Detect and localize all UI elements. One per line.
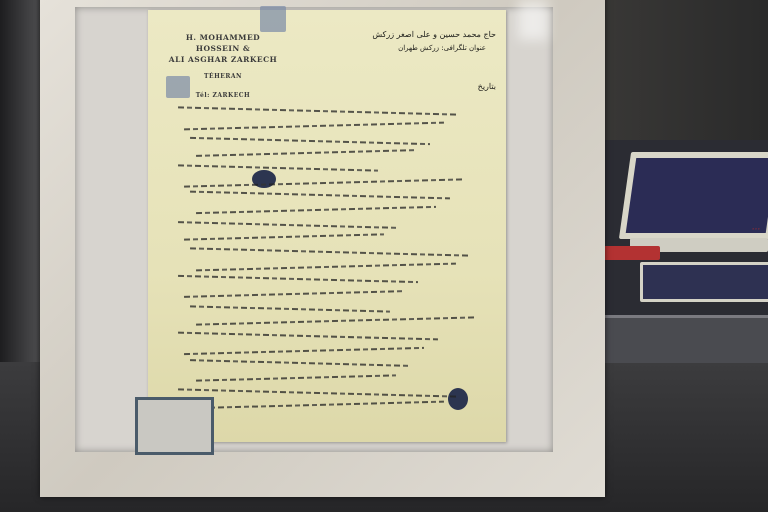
- handwriting-line: [184, 122, 444, 131]
- picture-frame: H. MOHAMMED HOSSEIN & ALI ASGHAR ZARKECH…: [40, 0, 605, 497]
- handwriting-line: [190, 137, 430, 145]
- handwriting-line: [196, 316, 476, 325]
- handwriting-line: [196, 149, 416, 157]
- letter-document: H. MOHAMMED HOSSEIN & ALI ASGHAR ZARKECH…: [148, 10, 506, 442]
- handwriting-line: [184, 233, 384, 240]
- postage-stamp: [166, 76, 190, 98]
- book: [600, 246, 660, 260]
- book-top: ···: [619, 152, 768, 239]
- handwriting-line: [190, 191, 450, 200]
- handwriting-line: [196, 206, 436, 214]
- handwriting-line: [190, 359, 410, 367]
- letterhead-line2: ALI ASGHAR ZARKECH: [168, 54, 278, 65]
- handwriting-line: [178, 388, 458, 397]
- handwriting-line: [190, 247, 470, 256]
- handwriting-line: [196, 263, 456, 272]
- ink-seal: [448, 388, 468, 410]
- letterhead-line1: H. MOHAMMED HOSSEIN &: [168, 32, 278, 54]
- handwriting-line: [178, 106, 458, 115]
- handwriting-line: [178, 332, 438, 341]
- handwriting-line: [184, 347, 424, 355]
- book: [640, 262, 768, 302]
- persian-subheader: عنوان تلگرافی: زرکش طهران: [398, 44, 486, 52]
- handwriting-line: [196, 374, 396, 381]
- handwriting-line: [184, 178, 464, 187]
- handwriting-line: [178, 164, 378, 171]
- handwriting-line: [178, 275, 418, 283]
- handwriting-line: [190, 305, 390, 312]
- postage-stamp: [260, 6, 286, 32]
- date-field: بتاریخ: [478, 82, 496, 91]
- handwriting-line: [184, 401, 444, 410]
- book-title: ···: [751, 225, 761, 235]
- persian-header: حاج محمد حسین و علی اصغر زرکش: [372, 30, 496, 39]
- museum-label-card: [135, 397, 214, 455]
- shelf-ledge: [590, 315, 768, 363]
- handwriting-line: [184, 290, 404, 298]
- light-reflection: [518, 0, 548, 40]
- handwriting-line: [178, 221, 398, 229]
